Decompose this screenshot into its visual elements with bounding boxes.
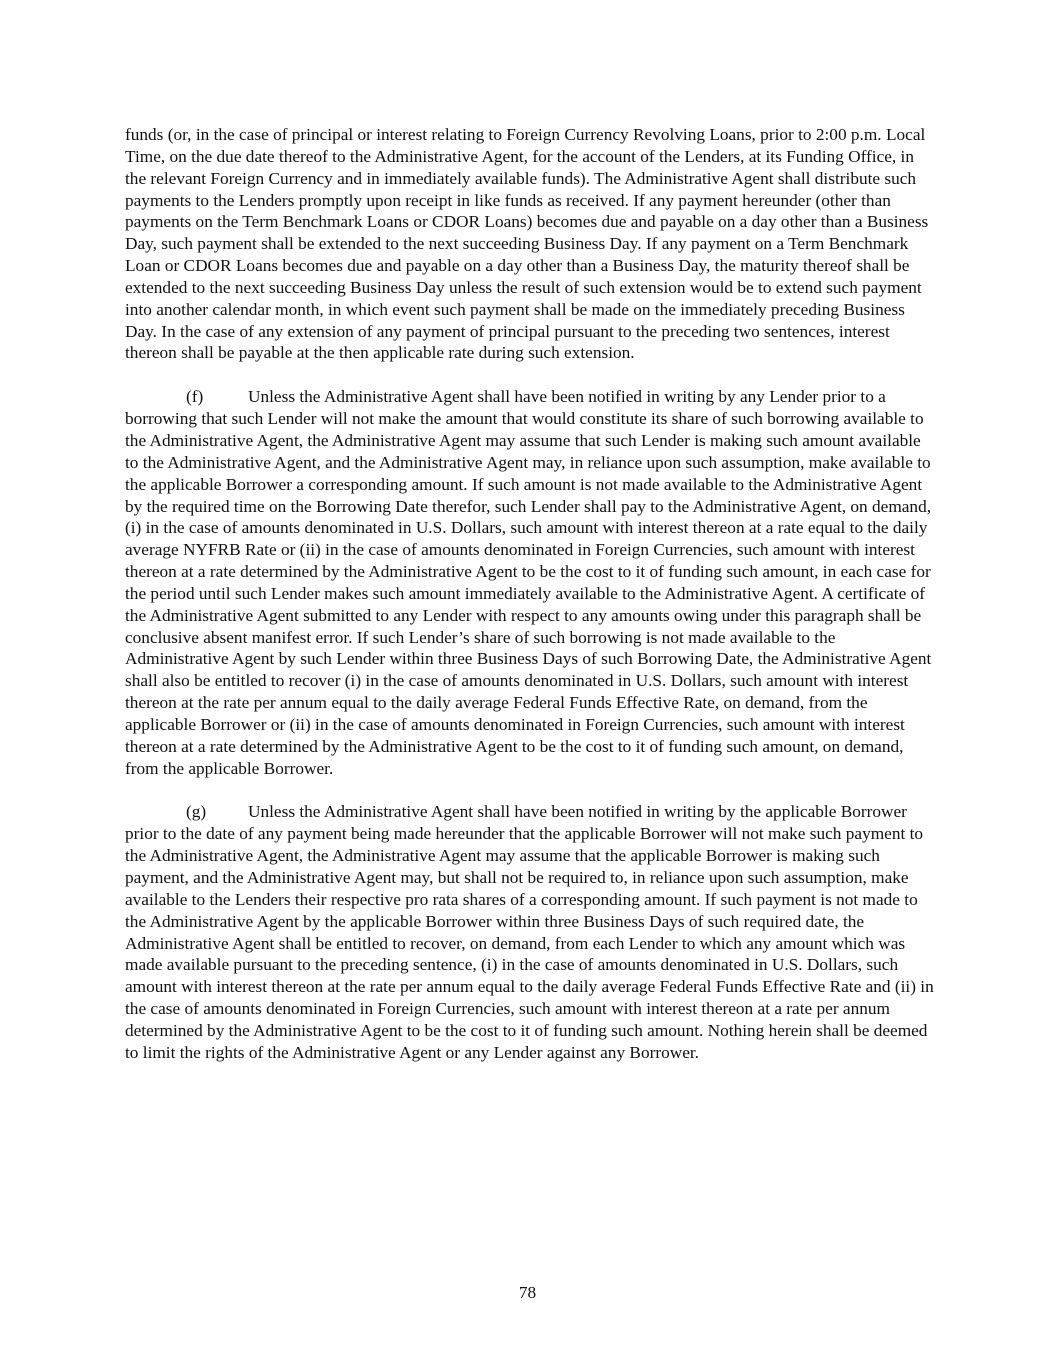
paragraph-text: Unless the Administrative Agent shall ha… (125, 802, 934, 1061)
paragraph-e-continuation: funds (or, in the case of principal or i… (125, 124, 937, 364)
paragraph-text: funds (or, in the case of principal or i… (125, 125, 928, 362)
page-number: 78 (0, 1283, 1055, 1303)
paragraph-text: Unless the Administrative Agent shall ha… (125, 387, 931, 777)
document-page: funds (or, in the case of principal or i… (125, 124, 937, 1086)
clause-marker-f: (f) (186, 386, 248, 408)
clause-marker-g: (g) (186, 801, 248, 823)
paragraph-g: (g)Unless the Administrative Agent shall… (125, 801, 937, 1063)
paragraph-f: (f)Unless the Administrative Agent shall… (125, 386, 937, 779)
